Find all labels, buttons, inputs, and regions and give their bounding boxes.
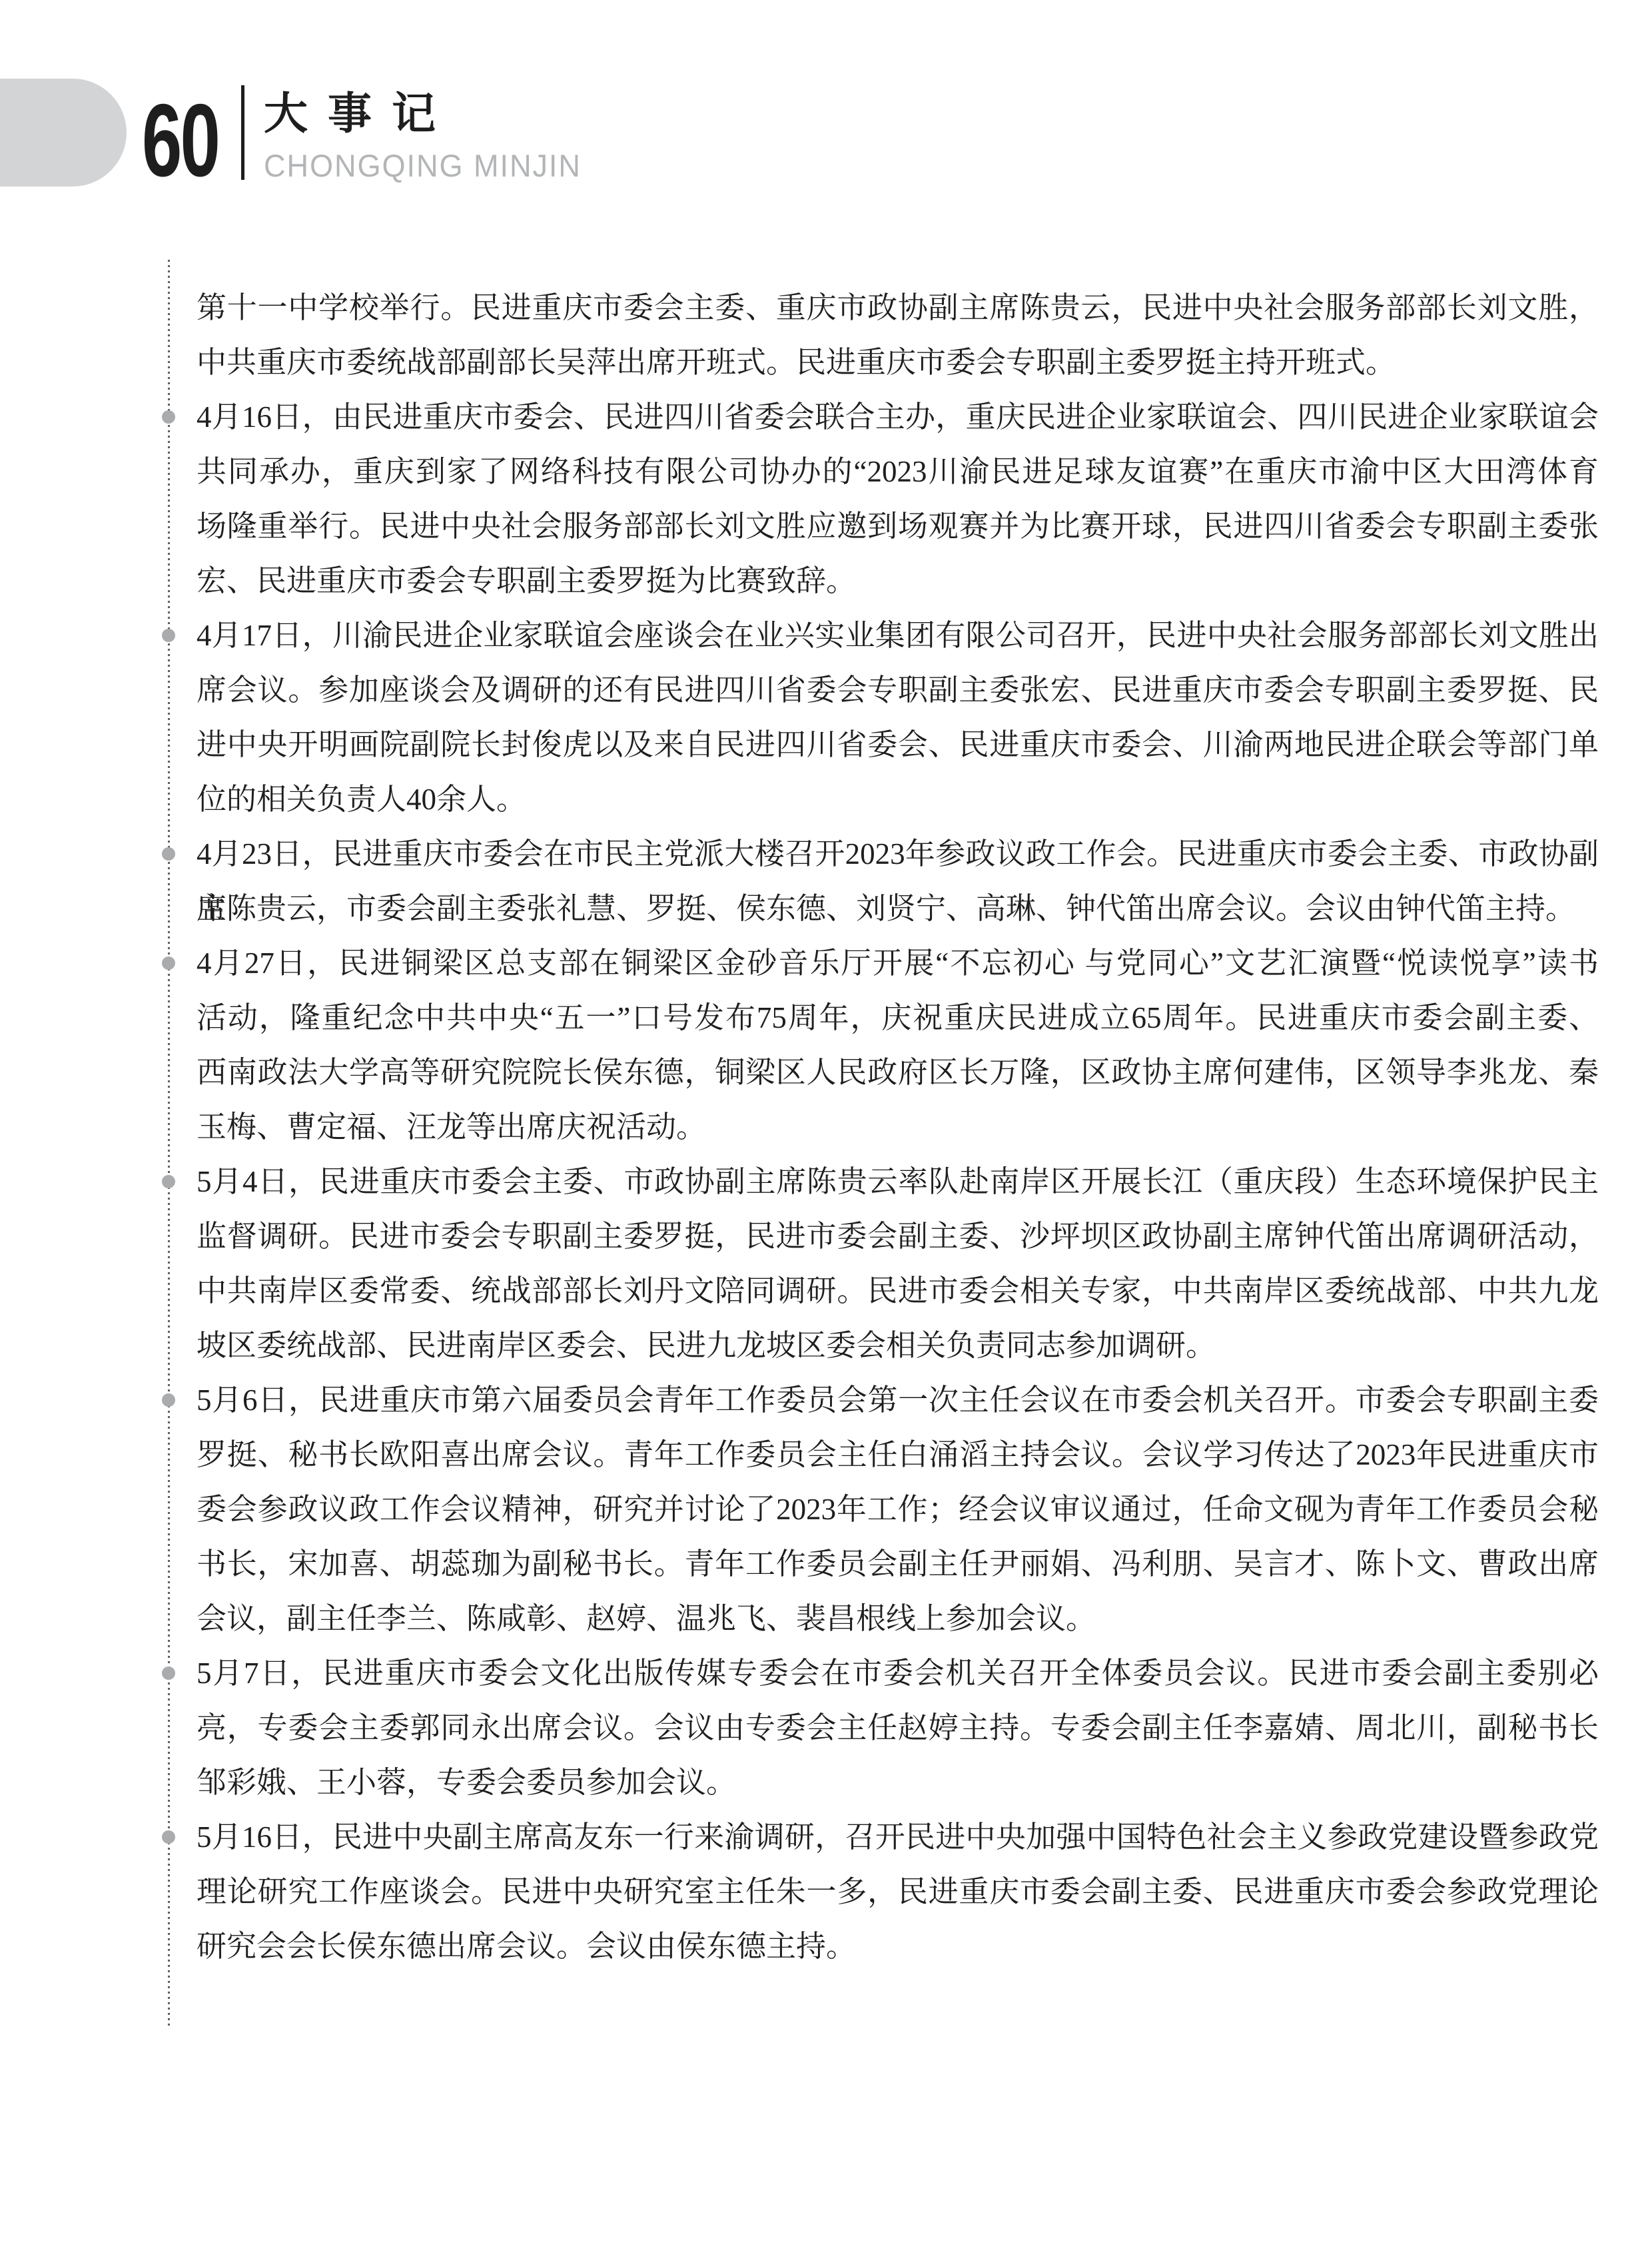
text-line: 邹彩娥、王小蓉，专委会委员参加会议。	[197, 1755, 1599, 1810]
text-line: 4月16日，由民进重庆市委会、民进四川省委会联合主办，重庆民进企业家联谊会、四川…	[197, 390, 1599, 444]
magazine-page: { "header": { "page_number": "60", "sect…	[0, 0, 1652, 2242]
text-line: 罗挺、秘书长欧阳喜出席会议。青年工作委员会主任白涌滔主持会议。会议学习传达了20…	[197, 1427, 1599, 1482]
text-line: 第十一中学校举行。民进重庆市委会主委、重庆市政协副主席陈贵云，民进中央社会服务部…	[197, 280, 1599, 335]
bullet-dot	[162, 410, 175, 424]
content: 第十一中学校举行。民进重庆市委会主委、重庆市政协副主席陈贵云，民进中央社会服务部…	[197, 280, 1599, 1974]
bullet-dot	[162, 629, 175, 642]
text-line: 4月17日，川渝民进企业家联谊会座谈会在业兴实业集团有限公司召开，民进中央社会服…	[197, 608, 1599, 663]
text-line: 研究会会长侯东德出席会议。会议由侯东德主持。	[197, 1919, 1599, 1974]
bullet-dot	[162, 1393, 175, 1407]
bullet-dot	[162, 847, 175, 861]
header-divider	[241, 85, 244, 180]
event-paragraph: 4月23日，民进重庆市委会在市民主党派大楼召开2023年参政议政工作会。民进重庆…	[197, 827, 1599, 936]
text-line: 会议，副主任李兰、陈咸彰、赵婷、温兆飞、裴昌根线上参加会议。	[197, 1591, 1599, 1646]
text-line: 5月7日，民进重庆市委会文化出版传媒专委会在市委会机关召开全体委员会议。民进市委…	[197, 1646, 1599, 1700]
text-line: 共同承办，重庆到家了网络科技有限公司协办的“2023川渝民进足球友谊赛”在重庆市…	[197, 444, 1599, 499]
text-line: 活动，隆重纪念中共中央“五一”口号发布75周年，庆祝重庆民进成立65周年。民进重…	[197, 990, 1599, 1045]
text-line: 场隆重举行。民进中央社会服务部部长刘文胜应邀到场观赛并为比赛开球，民进四川省委会…	[197, 499, 1599, 554]
section-title: 大事记	[264, 89, 456, 137]
bullet-dot	[162, 956, 175, 970]
text-line: 4月27日，民进铜梁区总支部在铜梁区金砂音乐厅开展“不忘初心 与党同心”文艺汇演…	[197, 936, 1599, 990]
text-line: 理论研究工作座谈会。民进中央研究室主任朱一多，民进重庆市委会副主委、民进重庆市委…	[197, 1864, 1599, 1919]
text-line: 5月16日，民进中央副主席高友东一行来渝调研，召开民进中央加强中国特色社会主义参…	[197, 1810, 1599, 1864]
event-paragraph: 4月17日，川渝民进企业家联谊会座谈会在业兴实业集团有限公司召开，民进中央社会服…	[197, 608, 1599, 827]
text-line: 席会议。参加座谈会及调研的还有民进四川省委会专职副主委张宏、民进重庆市委会专职副…	[197, 663, 1599, 717]
text-line: 玉梅、曹定福、汪龙等出席庆祝活动。	[197, 1100, 1599, 1154]
margin-dashed-line	[168, 260, 170, 2026]
event-paragraph: 4月27日，民进铜梁区总支部在铜梁区金砂音乐厅开展“不忘初心 与党同心”文艺汇演…	[197, 936, 1599, 1154]
bullet-dot	[162, 1830, 175, 1844]
text-line: 宏、民进重庆市委会专职副主委罗挺为比赛致辞。	[197, 554, 1599, 608]
text-line: 5月6日，民进重庆市第六届委员会青年工作委员会第一次主任会议在市委会机关召开。市…	[197, 1373, 1599, 1427]
event-paragraph: 第十一中学校举行。民进重庆市委会主委、重庆市政协副主席陈贵云，民进中央社会服务部…	[197, 280, 1599, 390]
bullet-dot	[162, 1175, 175, 1188]
event-paragraph: 5月6日，民进重庆市第六届委员会青年工作委员会第一次主任会议在市委会机关召开。市…	[197, 1373, 1599, 1646]
text-line: 5月4日，民进重庆市委会主委、市政协副主席陈贵云率队赴南岸区开展长江（重庆段）生…	[197, 1154, 1599, 1209]
text-line: 位的相关负责人40余人。	[197, 772, 1599, 827]
event-paragraph: 4月16日，由民进重庆市委会、民进四川省委会联合主办，重庆民进企业家联谊会、四川…	[197, 390, 1599, 608]
text-line: 中共重庆市委统战部副部长吴萍出席开班式。民进重庆市委会专职副主委罗挺主持开班式。	[197, 335, 1599, 390]
bullet-dot	[162, 1667, 175, 1680]
section-subtitle: CHONGQING MINJIN	[264, 149, 582, 183]
text-line: 中共南岸区委常委、统战部部长刘丹文陪同调研。民进市委会相关专家，中共南岸区委统战…	[197, 1264, 1599, 1318]
event-paragraph: 5月16日，民进中央副主席高友东一行来渝调研，召开民进中央加强中国特色社会主义参…	[197, 1810, 1599, 1974]
text-line: 席陈贵云，市委会副主委张礼慧、罗挺、侯东德、刘贤宁、高琳、钟代笛出席会议。会议由…	[197, 881, 1599, 936]
event-paragraph: 5月7日，民进重庆市委会文化出版传媒专委会在市委会机关召开全体委员会议。民进市委…	[197, 1646, 1599, 1810]
text-line: 4月23日，民进重庆市委会在市民主党派大楼召开2023年参政议政工作会。民进重庆…	[197, 827, 1599, 881]
text-line: 进中央开明画院副院长封俊虎以及来自民进四川省委会、民进重庆市委会、川渝两地民进企…	[197, 717, 1599, 772]
page-number: 60	[142, 91, 218, 190]
text-line: 坡区委统战部、民进南岸区委会、民进九龙坡区委会相关负责同志参加调研。	[197, 1318, 1599, 1373]
text-line: 西南政法大学高等研究院院长侯东德，铜梁区人民政府区长万隆，区政协主席何建伟，区领…	[197, 1045, 1599, 1100]
event-paragraph: 5月4日，民进重庆市委会主委、市政协副主席陈贵云率队赴南岸区开展长江（重庆段）生…	[197, 1154, 1599, 1373]
text-line: 亮，专委会主委郭同永出席会议。会议由专委会主任赵婷主持。专委会副主任李嘉婧、周北…	[197, 1700, 1599, 1755]
text-line: 书长，宋加喜、胡蕊珈为副秘书长。青年工作委员会副主任尹丽娟、冯利朋、吴言才、陈卜…	[197, 1537, 1599, 1591]
text-line: 监督调研。民进市委会专职副主委罗挺，民进市委会副主委、沙坪坝区政协副主席钟代笛出…	[197, 1209, 1599, 1264]
header-accent-bar	[0, 79, 127, 187]
text-line: 委会参政议政工作会议精神，研究并讨论了2023年工作；经会议审议通过，任命文砚为…	[197, 1482, 1599, 1537]
